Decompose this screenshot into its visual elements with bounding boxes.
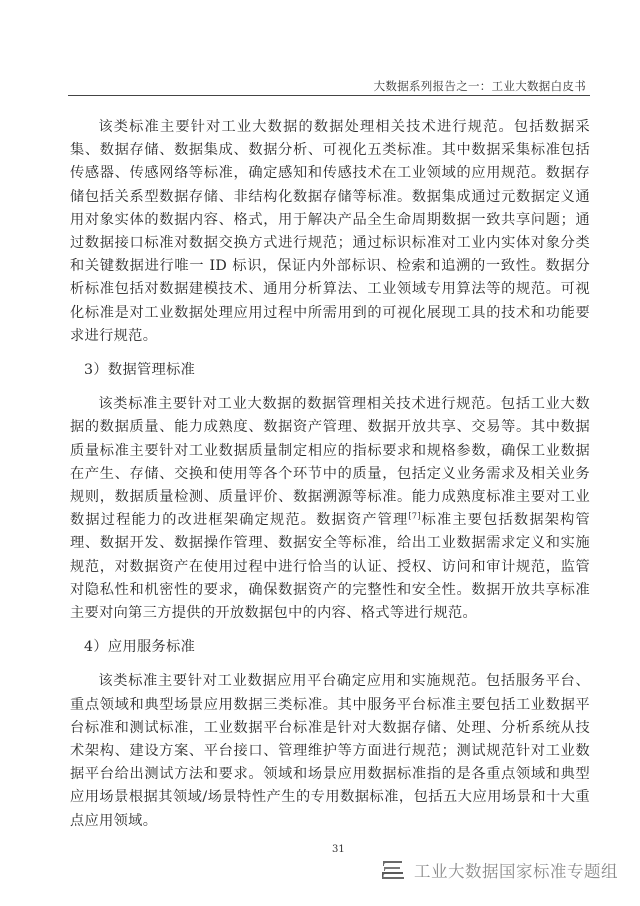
paragraph-application-service: 该类标准主要针对工业数据应用平台确定应用和实施规范。包括服务平台、重点领域和典型…: [70, 670, 590, 832]
page-number: 31: [332, 844, 345, 855]
paragraph-text-before-ref: 该类标准主要针对工业大数据的数据管理相关技术进行规范。包括工业大数据的数据质量、…: [70, 396, 590, 528]
document-body: 该类标准主要针对工业大数据的数据处理相关技术进行规范。包括数据采集、数据存储、数…: [70, 116, 590, 833]
paragraph-data-processing: 该类标准主要针对工业大数据的数据处理相关技术进行规范。包括数据采集、数据存储、数…: [70, 116, 590, 348]
section-heading-application-service: 4）应用服务标准: [70, 636, 590, 659]
running-header: 大数据系列报告之一：工业大数据白皮书: [68, 78, 590, 96]
header-title: 大数据系列报告之一：工业大数据白皮书: [374, 78, 586, 94]
citation-reference[interactable]: [7]: [408, 512, 420, 521]
section-heading-data-management: 3）数据管理标准: [70, 359, 590, 382]
watermark-text: 工业大数据国家标准专题组: [414, 858, 618, 882]
book-stack-logo-icon: [380, 859, 406, 881]
watermark-logo: 工业大数据国家标准专题组: [380, 858, 618, 882]
paragraph-data-management: 该类标准主要针对工业大数据的数据管理相关技术进行规范。包括工业大数据的数据质量、…: [70, 393, 590, 625]
paragraph-text-after-ref: 标准主要包括数据架构管理、数据开发、数据操作管理、数据安全等标准，给出工业数据需…: [70, 512, 590, 621]
